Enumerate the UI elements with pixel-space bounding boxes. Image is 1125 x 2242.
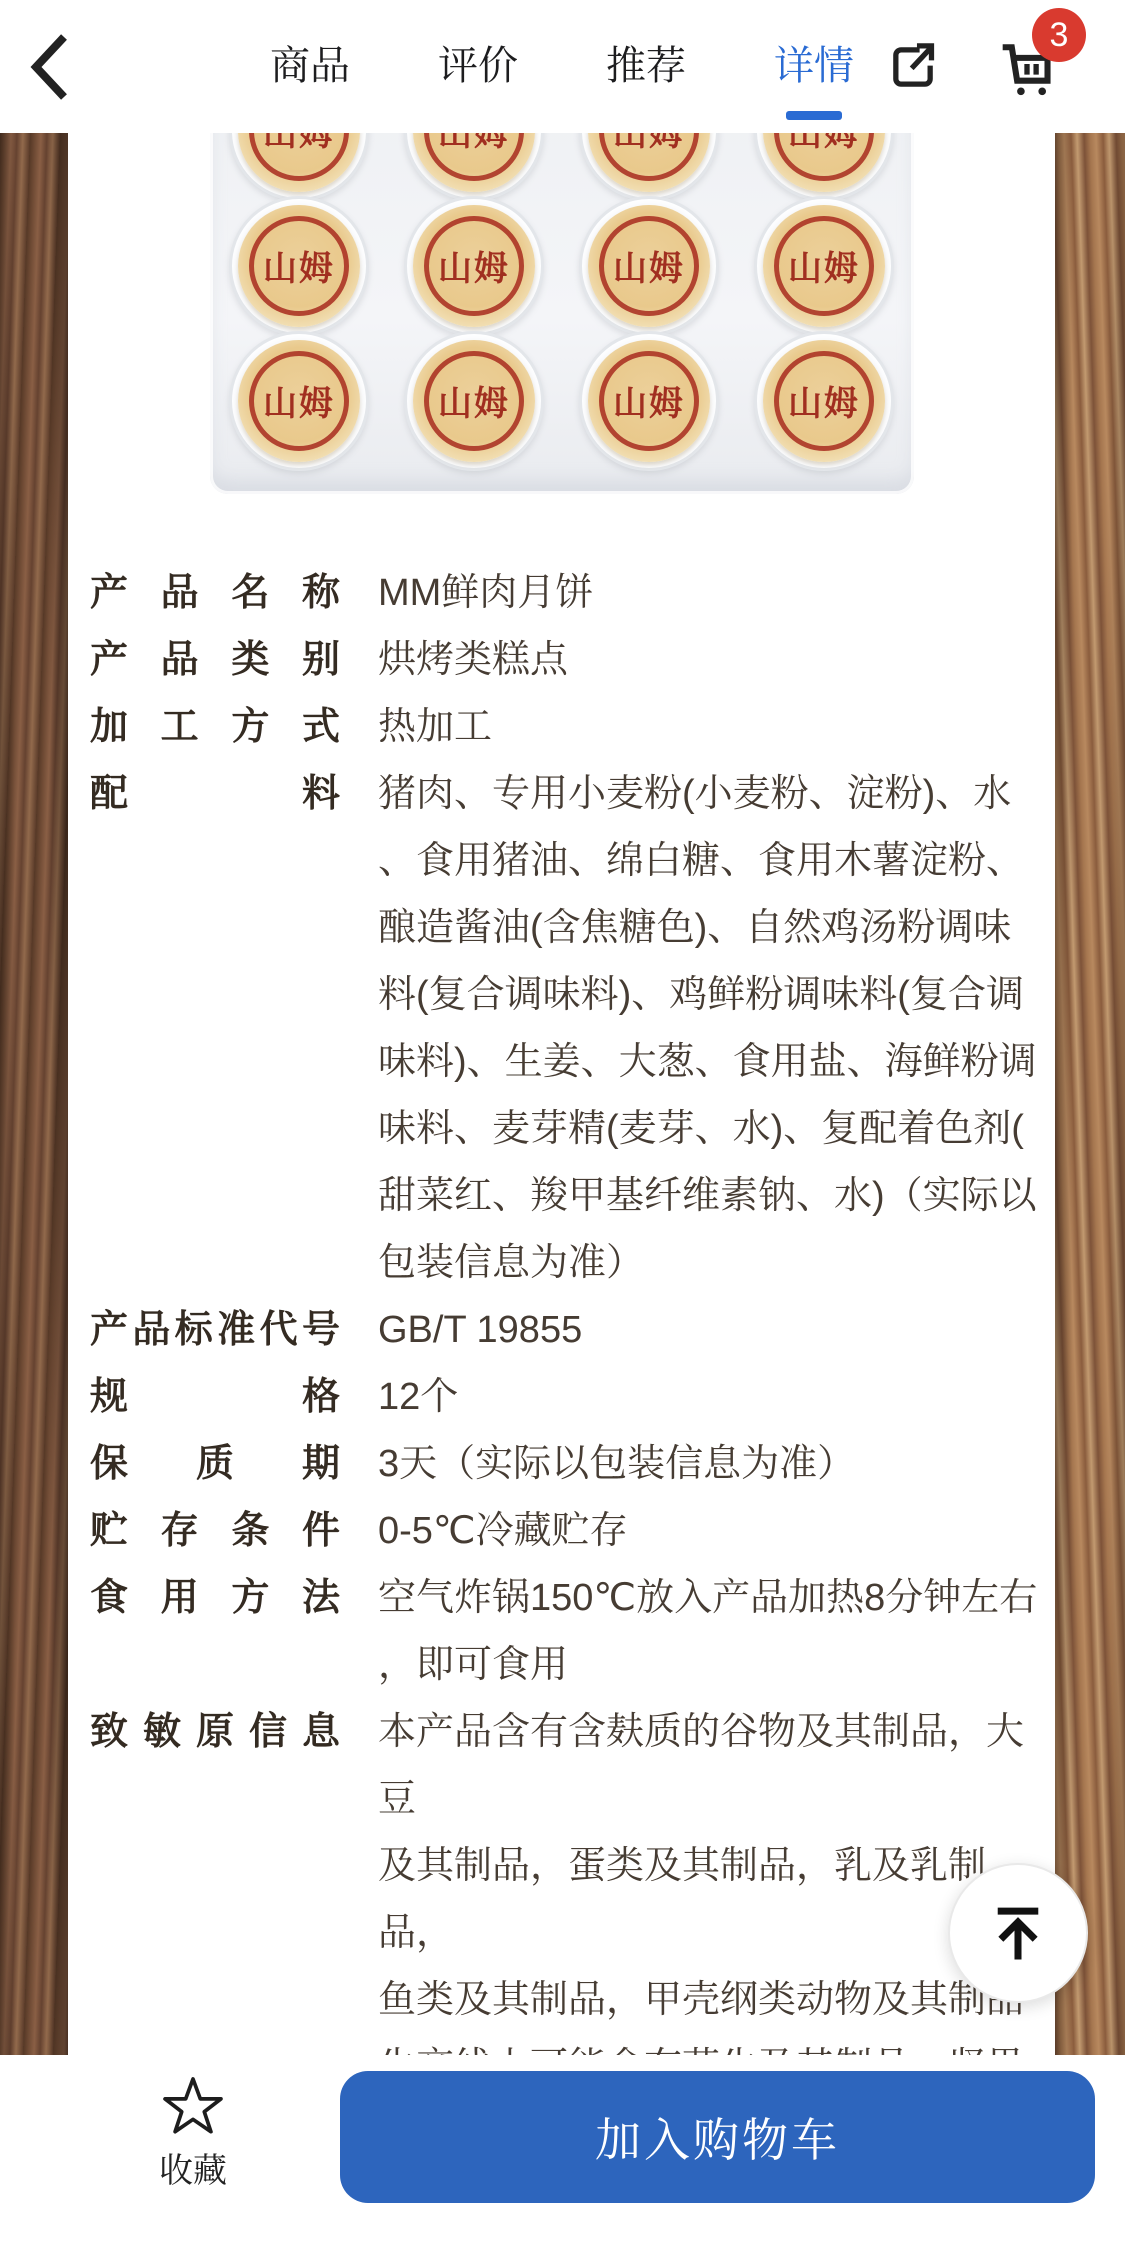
table-row: 保质期3天（实际以包装信息为准） — [90, 1431, 1055, 1498]
tray-cell: 山姆 — [212, 333, 387, 468]
mooncake-stamp-text: 山姆 — [263, 376, 335, 425]
tab-product[interactable]: 商品 — [270, 0, 350, 133]
tray-cell: 山姆 — [387, 333, 562, 468]
tab-recommend[interactable]: 推荐 — [606, 0, 686, 133]
mooncake-tray: 山姆山姆山姆山姆山姆山姆山姆山姆山姆山姆山姆山姆 — [210, 133, 914, 494]
mooncake: 山姆 — [763, 133, 885, 192]
row-label: 食用方法 — [90, 1565, 340, 1632]
tab-details[interactable]: 详情 — [774, 0, 854, 133]
share-icon — [880, 34, 946, 100]
row-label: 规格 — [90, 1364, 340, 1431]
row-value: 0-5℃冷藏贮存 — [378, 1498, 1055, 1565]
tray-cell: 山姆 — [737, 198, 912, 333]
row-value: 3天（实际以包装信息为准） — [378, 1431, 1055, 1498]
tray-cell: 山姆 — [212, 198, 387, 333]
mooncake-stamp-text: 山姆 — [263, 241, 335, 290]
tray-cell: 山姆 — [737, 333, 912, 468]
table-row: 食用方法空气炸锅150℃放入产品加热8分钟左右 ，即可食用 — [90, 1565, 1055, 1699]
mooncake-stamp-text: 山姆 — [438, 376, 510, 425]
wood-background-left — [0, 133, 68, 2055]
add-to-cart-button[interactable]: 加入购物车 — [340, 2071, 1095, 2203]
row-value: MM鲜肉月饼 — [378, 560, 1055, 627]
tab-reviews[interactable]: 评价 — [438, 0, 518, 133]
row-value: 12个 — [378, 1364, 1055, 1431]
mooncake: 山姆 — [413, 340, 535, 462]
favorite-button[interactable]: 收藏 — [130, 2055, 256, 2192]
row-value: 空气炸锅150℃放入产品加热8分钟左右 ，即可食用 — [378, 1565, 1055, 1699]
mooncake-stamp-text: 山姆 — [613, 376, 685, 425]
row-label: 致敏原信息 — [90, 1699, 340, 1766]
mooncake-stamp-text: 山姆 — [788, 133, 860, 155]
table-row: 产品名称MM鲜肉月饼 — [90, 560, 1055, 627]
tray-cell: 山姆 — [562, 198, 737, 333]
table-row: 产品标准代号GB/T 19855 — [90, 1297, 1055, 1364]
tray-cell: 山姆 — [562, 333, 737, 468]
tray-cell: 山姆 — [387, 198, 562, 333]
mooncake: 山姆 — [238, 133, 360, 192]
row-label: 配料 — [90, 761, 340, 828]
row-label: 产品名称 — [90, 560, 340, 627]
mooncake: 山姆 — [413, 133, 535, 192]
table-row: 加工方式热加工 — [90, 694, 1055, 761]
cart-badge: 3 — [1032, 8, 1086, 62]
product-detail-screen: 商品 评价 推荐 详情 3 山姆山姆山 — [0, 0, 1125, 2242]
tray-cell: 山姆 — [562, 133, 737, 198]
row-value: 烘烤类糕点 — [378, 627, 1055, 694]
row-value: 热加工 — [378, 694, 1055, 761]
back-to-top-button[interactable] — [948, 1863, 1088, 2003]
row-value: GB/T 19855 — [378, 1297, 1055, 1364]
back-button[interactable] — [0, 0, 100, 133]
mooncake-stamp-text: 山姆 — [788, 241, 860, 290]
arrow-up-to-top-icon — [979, 1894, 1057, 1972]
mooncake: 山姆 — [588, 133, 710, 192]
detail-content: 山姆山姆山姆山姆山姆山姆山姆山姆山姆山姆山姆山姆 产品名称MM鲜肉月饼 产品类别… — [0, 133, 1125, 2055]
mooncake: 山姆 — [588, 340, 710, 462]
star-icon — [162, 2075, 224, 2135]
mooncake-stamp-text: 山姆 — [788, 376, 860, 425]
mooncake: 山姆 — [763, 340, 885, 462]
share-button[interactable] — [878, 0, 948, 133]
mooncake: 山姆 — [763, 205, 885, 327]
product-info-table: 产品名称MM鲜肉月饼 产品类别烘烤类糕点 加工方式热加工 配料猪肉、专用小麦粉(… — [68, 560, 1055, 2168]
table-row: 产品类别烘烤类糕点 — [90, 627, 1055, 694]
detail-panel: 山姆山姆山姆山姆山姆山姆山姆山姆山姆山姆山姆山姆 产品名称MM鲜肉月饼 产品类别… — [68, 133, 1055, 2055]
tray-cell: 山姆 — [387, 133, 562, 198]
wood-background-right — [1055, 133, 1125, 2055]
tray-cell: 山姆 — [737, 133, 912, 198]
row-label: 产品类别 — [90, 627, 340, 694]
mooncake: 山姆 — [413, 205, 535, 327]
favorite-label: 收藏 — [159, 2143, 227, 2192]
mooncake-stamp-text: 山姆 — [438, 241, 510, 290]
tab-bar: 商品 评价 推荐 详情 — [270, 0, 854, 133]
table-row: 贮存条件0-5℃冷藏贮存 — [90, 1498, 1055, 1565]
mooncake-stamp-text: 山姆 — [613, 241, 685, 290]
mooncake: 山姆 — [238, 340, 360, 462]
row-label: 贮存条件 — [90, 1498, 340, 1565]
row-value: 猪肉、专用小麦粉(小麦粉、淀粉)、水 、食用猪油、绵白糖、食用木薯淀粉、 酿造酱… — [378, 761, 1055, 1297]
row-label: 保质期 — [90, 1431, 340, 1498]
tray-cell: 山姆 — [212, 133, 387, 198]
bottom-action-bar: 收藏 加入购物车 — [0, 2055, 1125, 2242]
mooncake: 山姆 — [238, 205, 360, 327]
product-image: 山姆山姆山姆山姆山姆山姆山姆山姆山姆山姆山姆山姆 — [68, 133, 1055, 560]
mooncake: 山姆 — [588, 205, 710, 327]
row-label: 产品标准代号 — [90, 1297, 340, 1364]
mooncake-stamp-text: 山姆 — [263, 133, 335, 155]
mooncake-stamp-text: 山姆 — [438, 133, 510, 155]
row-label: 加工方式 — [90, 694, 340, 761]
table-row: 配料猪肉、专用小麦粉(小麦粉、淀粉)、水 、食用猪油、绵白糖、食用木薯淀粉、 酿… — [90, 761, 1055, 1297]
chevron-left-icon — [28, 31, 72, 103]
cart-button[interactable]: 3 — [984, 0, 1070, 133]
mooncake-stamp-text: 山姆 — [613, 133, 685, 155]
navbar: 商品 评价 推荐 详情 3 — [0, 0, 1125, 133]
table-row: 规格12个 — [90, 1364, 1055, 1431]
